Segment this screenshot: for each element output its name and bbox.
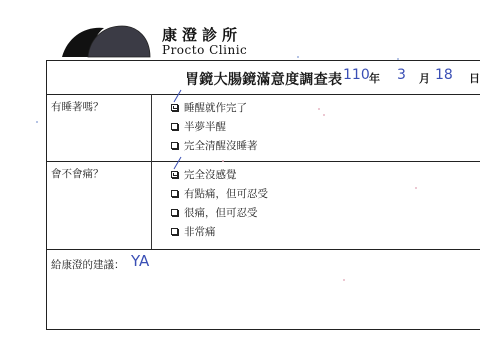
date-year-value[interactable]: 110 bbox=[343, 67, 370, 83]
option-label: 睡醒就作完了 bbox=[184, 100, 247, 115]
clinic-name-english: Procto Clinic bbox=[162, 43, 247, 57]
column-divider bbox=[151, 94, 152, 161]
clinic-name-chinese: 康澄診所 bbox=[162, 24, 242, 45]
question-row-pain: 會不會痛？ 完全沒感覺 有點痛，但可忍受 很痛，但可忍受 非常痛 bbox=[47, 161, 480, 250]
date-day-label: 日 bbox=[469, 70, 480, 86]
option-label: 很痛，但可忍受 bbox=[184, 205, 258, 220]
option-item[interactable]: 完全清醒沒睡著 bbox=[171, 136, 258, 155]
option-item[interactable]: 有點痛，但可忍受 bbox=[171, 184, 268, 203]
option-item[interactable]: 非常痛 bbox=[171, 222, 268, 241]
checkbox-icon[interactable] bbox=[171, 142, 178, 149]
option-item[interactable]: 很痛，但可忍受 bbox=[171, 203, 268, 222]
question-label: 會不會痛？ bbox=[51, 166, 104, 181]
option-label: 完全清醒沒睡著 bbox=[184, 138, 258, 153]
suggestion-value[interactable]: YA bbox=[131, 252, 149, 270]
suggestion-label: 給康澄的建議： bbox=[51, 257, 125, 272]
option-label: 非常痛 bbox=[184, 224, 216, 239]
column-divider bbox=[151, 161, 152, 249]
date-month-value[interactable]: 3 bbox=[397, 67, 406, 83]
option-list: 完全沒感覺 有點痛，但可忍受 很痛，但可忍受 非常痛 bbox=[171, 165, 268, 241]
scan-speck bbox=[222, 160, 224, 162]
option-label: 有點痛，但可忍受 bbox=[184, 186, 268, 201]
date-year-label: 年 bbox=[369, 70, 380, 86]
option-list: 睡醒就作完了 半夢半醒 完全清醒沒睡著 bbox=[171, 98, 258, 155]
scan-speck bbox=[415, 187, 417, 189]
option-label: 半夢半醒 bbox=[184, 119, 226, 134]
scan-speck bbox=[36, 121, 38, 123]
checkbox-icon[interactable] bbox=[171, 190, 178, 197]
option-item[interactable]: 半夢半醒 bbox=[171, 117, 258, 136]
question-label: 有睡著嗎？ bbox=[51, 99, 104, 114]
scan-speck bbox=[297, 56, 299, 58]
clinic-logo-icon bbox=[60, 24, 152, 58]
scan-speck bbox=[343, 279, 345, 281]
form-title: 胃鏡大腸鏡滿意度調查表 bbox=[185, 69, 342, 89]
checkbox-icon[interactable] bbox=[171, 228, 178, 235]
option-label: 完全沒感覺 bbox=[184, 167, 237, 182]
checkbox-icon[interactable] bbox=[171, 209, 178, 216]
handwritten-check-icon bbox=[171, 88, 187, 104]
suggestion-row: 給康澄的建議： YA bbox=[47, 249, 480, 329]
survey-form: 胃鏡大腸鏡滿意度調查表 110 年 3 月 18 日 有睡著嗎？ 睡醒就作完了 … bbox=[46, 60, 480, 330]
checkbox-checked-icon[interactable] bbox=[171, 171, 178, 178]
scan-speck bbox=[397, 58, 399, 60]
form-title-row: 胃鏡大腸鏡滿意度調查表 110 年 3 月 18 日 bbox=[47, 61, 480, 95]
scan-speck bbox=[318, 108, 320, 110]
checkbox-checked-icon[interactable] bbox=[171, 104, 178, 111]
date-day-value[interactable]: 18 bbox=[435, 67, 453, 83]
question-row-sleep: 有睡著嗎？ 睡醒就作完了 半夢半醒 完全清醒沒睡著 bbox=[47, 94, 480, 162]
date-month-label: 月 bbox=[419, 70, 430, 86]
scan-speck bbox=[323, 114, 325, 116]
checkbox-icon[interactable] bbox=[171, 123, 178, 130]
handwritten-check-icon bbox=[171, 155, 187, 171]
